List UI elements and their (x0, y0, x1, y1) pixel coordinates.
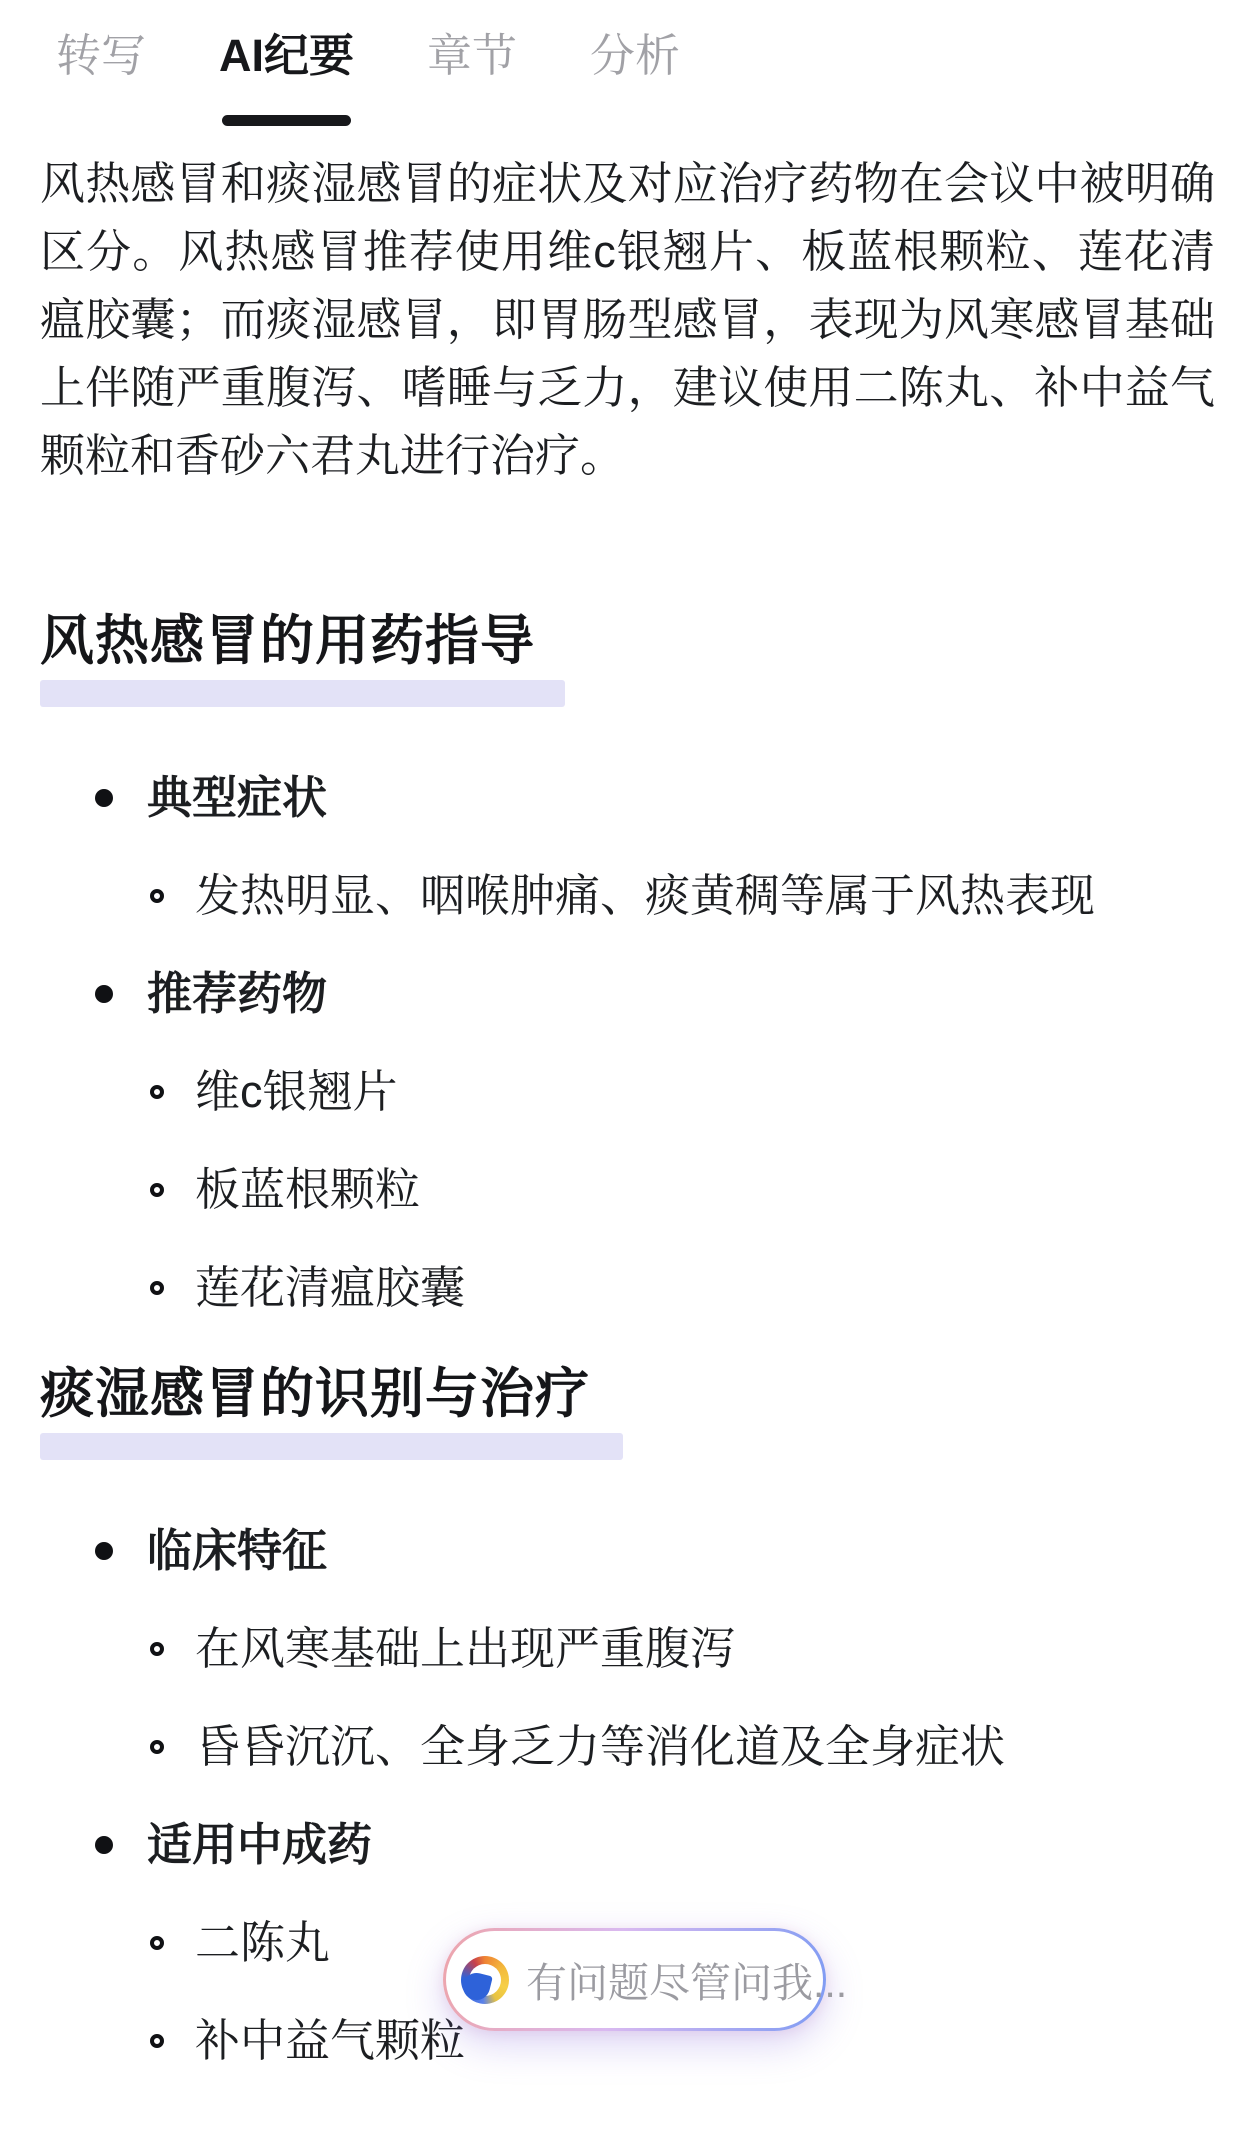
bullet-dot-icon (95, 1542, 113, 1560)
bullet-circle-icon (150, 1740, 164, 1754)
bullet-dot-icon (95, 985, 113, 1003)
bullet-circle-icon (150, 1085, 164, 1099)
list-item-text: 补中益气颗粒 (195, 2016, 465, 2066)
list-item-text: 莲花清瘟胶囊 (195, 1263, 465, 1313)
list-item-label: 临床特征 (147, 1526, 327, 1576)
bullet-dot-icon (95, 1836, 113, 1854)
section-wind-heat: 风热感冒的用药指导 典型症状 发热明显、咽喉肿痛、痰黄稠等属于风热表现 推荐药物… (40, 608, 1253, 1313)
ask-ai-placeholder: 有问题尽管问我... (526, 1950, 847, 2009)
tab-analysis[interactable]: 分析 (590, 25, 680, 87)
bullet-circle-icon (150, 1183, 164, 1197)
bullet-circle-icon (150, 1281, 164, 1295)
list-item: 典型症状 (40, 773, 1253, 823)
list-item-text: 板蓝根颗粒 (195, 1165, 420, 1215)
active-tab-indicator (222, 115, 351, 126)
title-highlight (40, 680, 565, 707)
list-item-text: 在风寒基础上出现严重腹泻 (195, 1624, 735, 1674)
list-item-text: 昏昏沉沉、全身乏力等消化道及全身症状 (195, 1722, 1005, 1772)
section-title: 风热感冒的用药指导 (40, 608, 535, 707)
list-item: 维c银翘片 (40, 1067, 1253, 1117)
bullet-circle-icon (150, 889, 164, 903)
list-item-text: 二陈丸 (195, 1918, 330, 1968)
list-item: 适用中成药 (40, 1820, 1253, 1870)
list-item-text: 维c银翘片 (195, 1067, 398, 1117)
list-item-text: 发热明显、咽喉肿痛、痰黄稠等属于风热表现 (195, 871, 1095, 921)
list-item: 在风寒基础上出现严重腹泻 (40, 1624, 1253, 1674)
section-title: 痰湿感冒的识别与治疗 (40, 1361, 590, 1460)
tab-ai-summary[interactable]: AI纪要 (219, 25, 354, 126)
list-item: 发热明显、咽喉肿痛、痰黄稠等属于风热表现 (40, 871, 1253, 921)
tab-transcript[interactable]: 转写 (56, 25, 146, 87)
list-item: 推荐药物 (40, 969, 1253, 1019)
ai-assistant-icon (461, 1956, 509, 2004)
list-item: 板蓝根颗粒 (40, 1165, 1253, 1215)
section-title-text: 风热感冒的用药指导 (40, 608, 535, 674)
tab-bar: 转写 AI纪要 章节 分析 (0, 0, 1253, 126)
ask-ai-pill-inner: 有问题尽管问我... (446, 1931, 823, 2028)
section-title-text: 痰湿感冒的识别与治疗 (40, 1361, 590, 1427)
title-highlight (40, 1433, 623, 1460)
list-item: 临床特征 (40, 1526, 1253, 1576)
list-item-label: 适用中成药 (147, 1820, 372, 1870)
ask-ai-pill[interactable]: 有问题尽管问我... (443, 1928, 826, 2031)
list-item: 莲花清瘟胶囊 (40, 1263, 1253, 1313)
tab-chapters[interactable]: 章节 (427, 25, 517, 87)
summary-paragraph: 风热感冒和痰湿感冒的症状及对应治疗药物在会议中被明确区分。风热感冒推荐使用维c银… (40, 150, 1215, 490)
bullet-circle-icon (150, 1642, 164, 1656)
list-item: 昏昏沉沉、全身乏力等消化道及全身症状 (40, 1722, 1253, 1772)
list-item-label: 推荐药物 (147, 969, 327, 1019)
bullet-list: 典型症状 发热明显、咽喉肿痛、痰黄稠等属于风热表现 推荐药物 维c银翘片 板蓝根… (40, 773, 1253, 1313)
bullet-circle-icon (150, 1936, 164, 1950)
bullet-circle-icon (150, 2034, 164, 2048)
tab-ai-summary-label: AI纪要 (219, 30, 354, 81)
bullet-dot-icon (95, 789, 113, 807)
list-item-label: 典型症状 (147, 773, 327, 823)
